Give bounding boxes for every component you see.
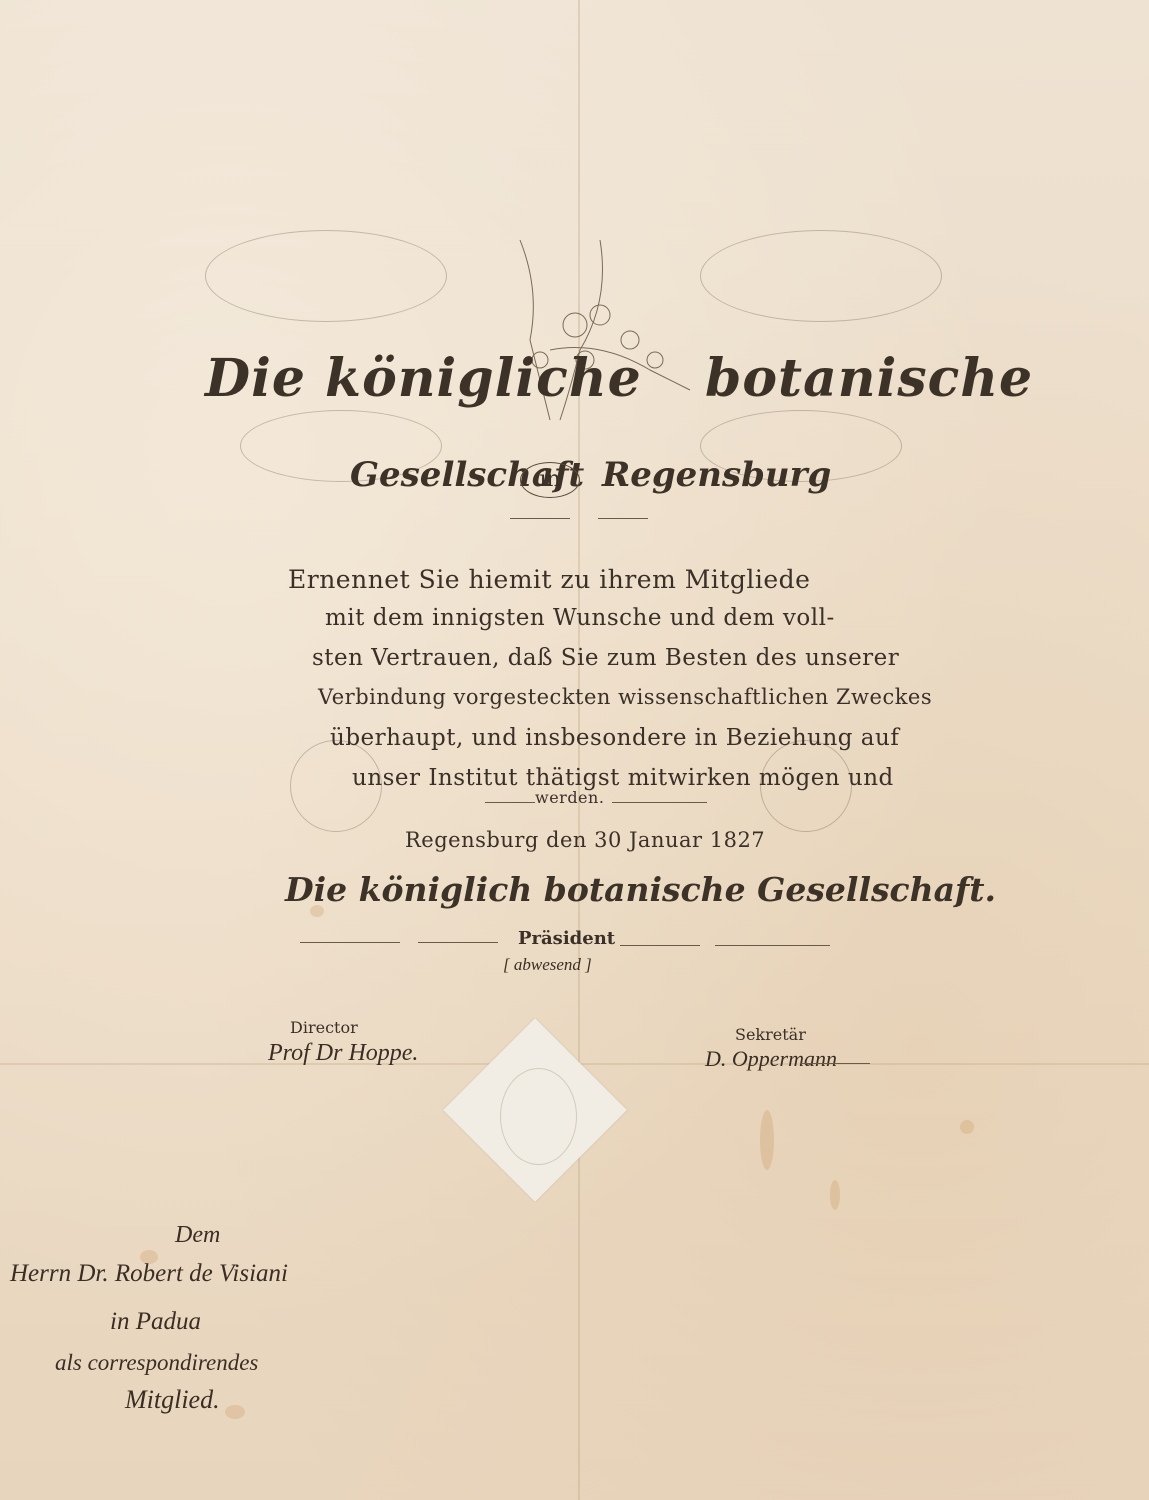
seal-emblem-icon [500, 1068, 577, 1165]
divider-rule [300, 942, 400, 943]
calligraphic-flourish [700, 230, 942, 322]
foxing-stain [830, 1180, 840, 1210]
director-signature: Prof Dr Hoppe. [268, 1040, 418, 1067]
addressee-line-5: Mitglied. [125, 1385, 220, 1415]
body-line-3: sten Vertrauen, daß Sie zum Besten des u… [312, 645, 899, 671]
body-line-7: werden. [535, 788, 604, 807]
body-line-6: unser Institut thätigst mitwirken mögen … [352, 765, 894, 791]
heading-line2-mid: in [520, 462, 580, 498]
divider-rule [485, 802, 535, 803]
addressee-line-3: in Padua [110, 1308, 201, 1336]
body-line-1: Ernennet Sie hiemit zu ihrem Mitgliede [288, 565, 810, 594]
divider-rule [715, 945, 830, 946]
body-line-4: Verbindung vorgesteckten wissenschaftlic… [318, 685, 932, 709]
society-signature: Die königlich botanische Gesellschaft. [285, 870, 996, 909]
divider-rule [612, 802, 707, 803]
divider-rule [418, 942, 498, 943]
body-line-2: mit dem innigsten Wunsche und dem voll- [325, 605, 835, 631]
addressee-line-1: Dem [175, 1222, 220, 1249]
place-date: Regensburg den 30 Januar 1827 [405, 828, 765, 852]
foxing-stain [760, 1110, 774, 1170]
divider-rule [510, 518, 570, 519]
president-signature: [ abwesend ] [503, 955, 592, 975]
addressee-line-4: als correspondirendes [55, 1350, 258, 1376]
divider-rule [598, 518, 648, 519]
heading-line2-right: Regensburg [602, 455, 831, 495]
heading-line1-right: botanische [705, 348, 1033, 409]
president-label: Präsident [518, 928, 615, 949]
heading-line1-left: Die königliche [205, 348, 642, 409]
foxing-stain [225, 1405, 245, 1419]
calligraphic-flourish [205, 230, 447, 322]
director-label: Director [290, 1018, 358, 1037]
body-line-5: überhaupt, und insbesondere in Beziehung… [330, 725, 899, 751]
secretary-label: Sekretär [735, 1025, 806, 1044]
signature-underline [800, 1063, 870, 1064]
addressee-line-2: Herrn Dr. Robert de Visiani [10, 1260, 288, 1288]
foxing-stain [960, 1120, 974, 1134]
divider-rule [620, 945, 700, 946]
certificate-sheet: Die königliche botanische Gesellschaft i… [0, 0, 1149, 1500]
secretary-signature: D. Oppermann [705, 1046, 837, 1072]
